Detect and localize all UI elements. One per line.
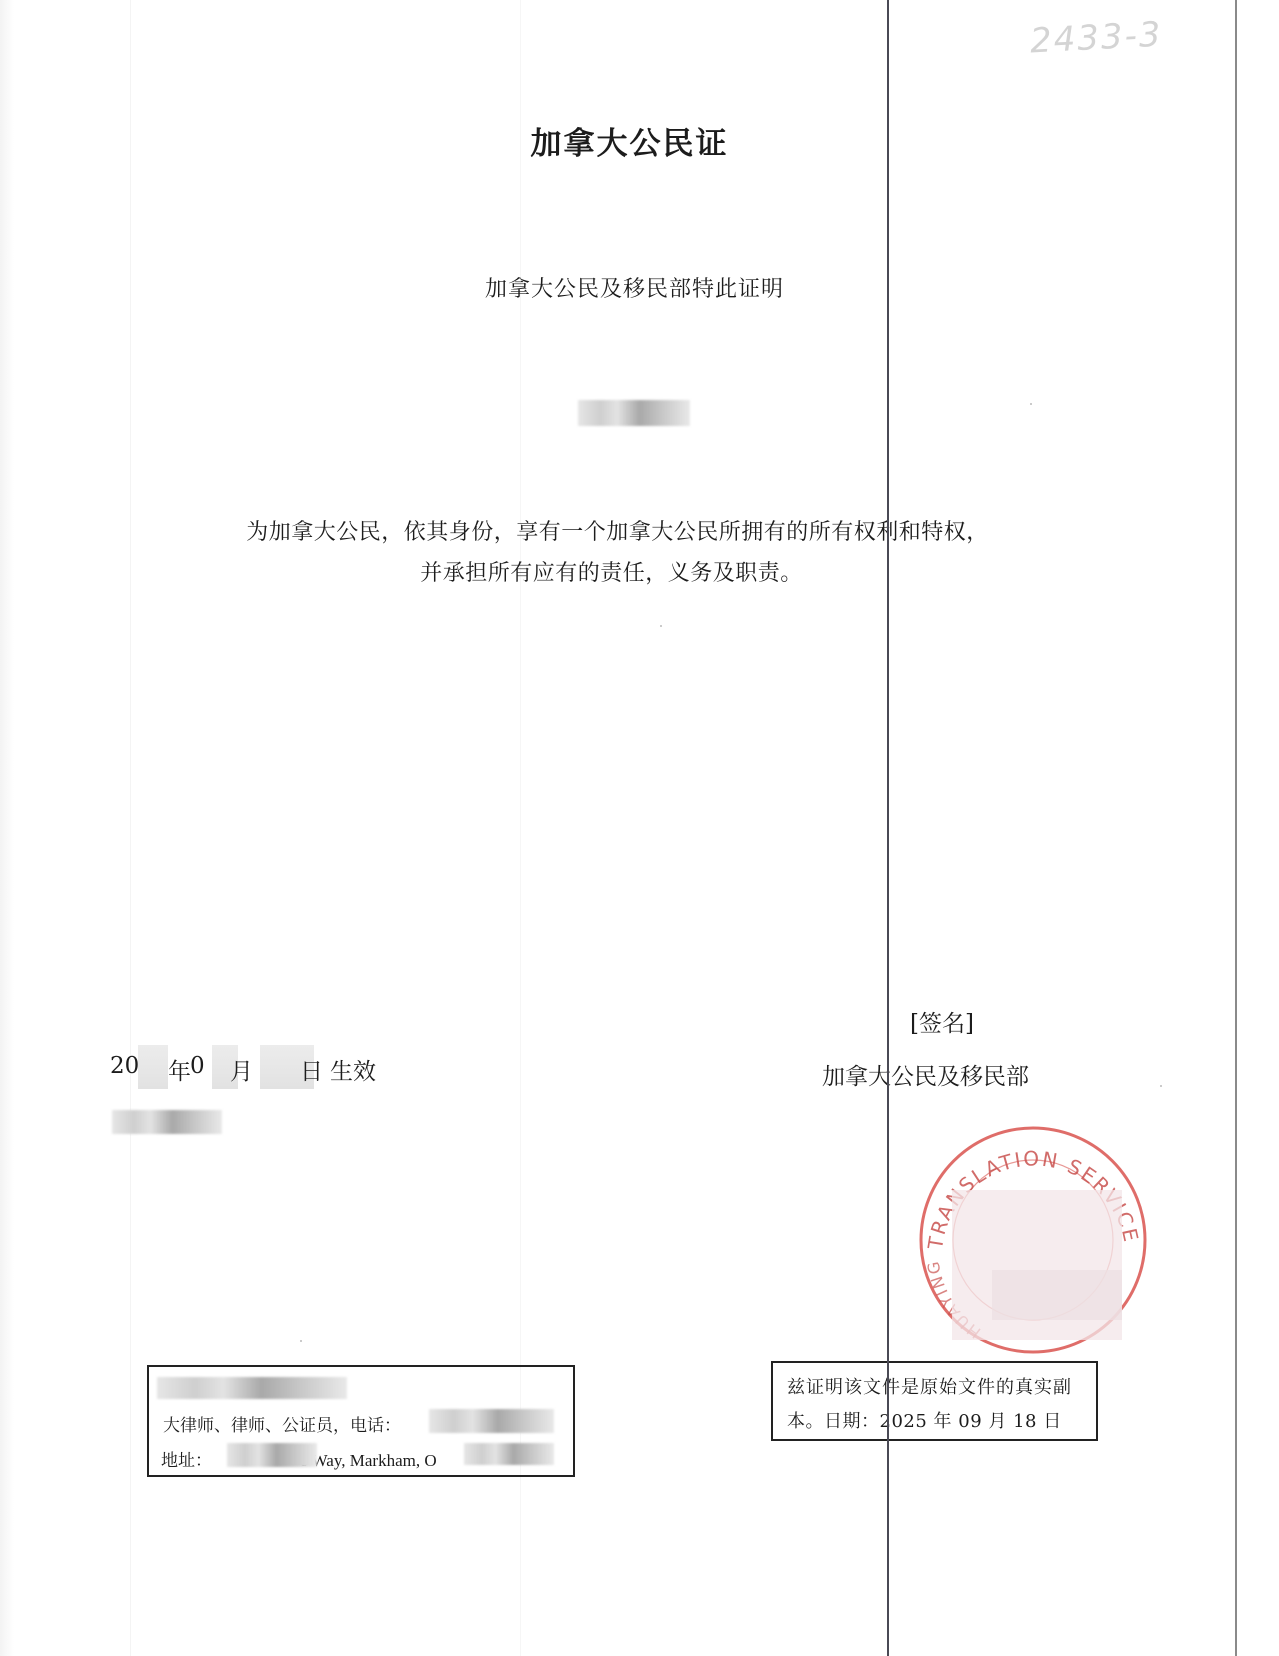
scan-speck <box>300 1340 302 1342</box>
lawyer-name-redaction <box>157 1377 347 1399</box>
day-label: 日 <box>300 1053 323 1086</box>
scan-fold-line <box>887 0 889 1656</box>
handwritten-note: 2433-3 <box>1029 15 1163 62</box>
scan-speck <box>1030 403 1032 405</box>
translation-company-stamp: TRANSLATION SERVICE CO. LTD. HUAYING <box>912 1120 1154 1360</box>
stamp-seal-icon: TRANSLATION SERVICE CO. LTD. HUAYING <box>912 1120 1154 1360</box>
scan-speck <box>1160 1085 1162 1087</box>
phone-redaction <box>429 1409 554 1433</box>
certificate-number-redaction <box>112 1110 222 1134</box>
lawyer-contact-box: 大律师、律师、公证员，电话： 地址：'s Way, Markham, O <box>147 1365 575 1477</box>
scan-shadow <box>0 0 14 1656</box>
certification-line-1: 兹证明该文件是原始文件的真实副 <box>787 1373 1072 1399</box>
document-title: 加拿大公民证 <box>0 118 1279 163</box>
body-line-1: 为加拿大公民，依其身份，享有一个加拿大公民所拥有的所有权利和特权， <box>0 515 1279 546</box>
page-edge-line <box>1235 0 1237 1656</box>
scan-speck <box>660 625 662 627</box>
month-label: 月 <box>230 1053 253 1086</box>
month-prefix: 0 <box>190 1053 205 1079</box>
certification-box: 兹证明该文件是原始文件的真实副 本。日期：2025 年 09 月 18 日 <box>771 1361 1098 1441</box>
year-redaction <box>138 1045 168 1089</box>
effective-suffix: 生效 <box>330 1053 376 1086</box>
address-redaction <box>464 1443 554 1465</box>
document-subtitle: 加拿大公民及移民部特此证明 <box>0 272 1279 303</box>
year-label: 年 <box>168 1053 191 1086</box>
certification-line-2: 本。日期：2025 年 09 月 18 日 <box>787 1407 1062 1433</box>
scan-streak <box>130 0 131 1656</box>
signing-department: 加拿大公民及移民部 <box>822 1058 1029 1091</box>
address-redaction <box>227 1443 317 1467</box>
signature-label: [签名] <box>910 1005 974 1038</box>
holder-name-redaction <box>578 400 690 426</box>
body-line-2: 并承担所有应有的责任，义务及职责。 <box>0 556 1279 587</box>
lawyer-title-phone: 大律师、律师、公证员，电话： <box>163 1411 401 1436</box>
year-prefix: 20 <box>110 1053 139 1079</box>
